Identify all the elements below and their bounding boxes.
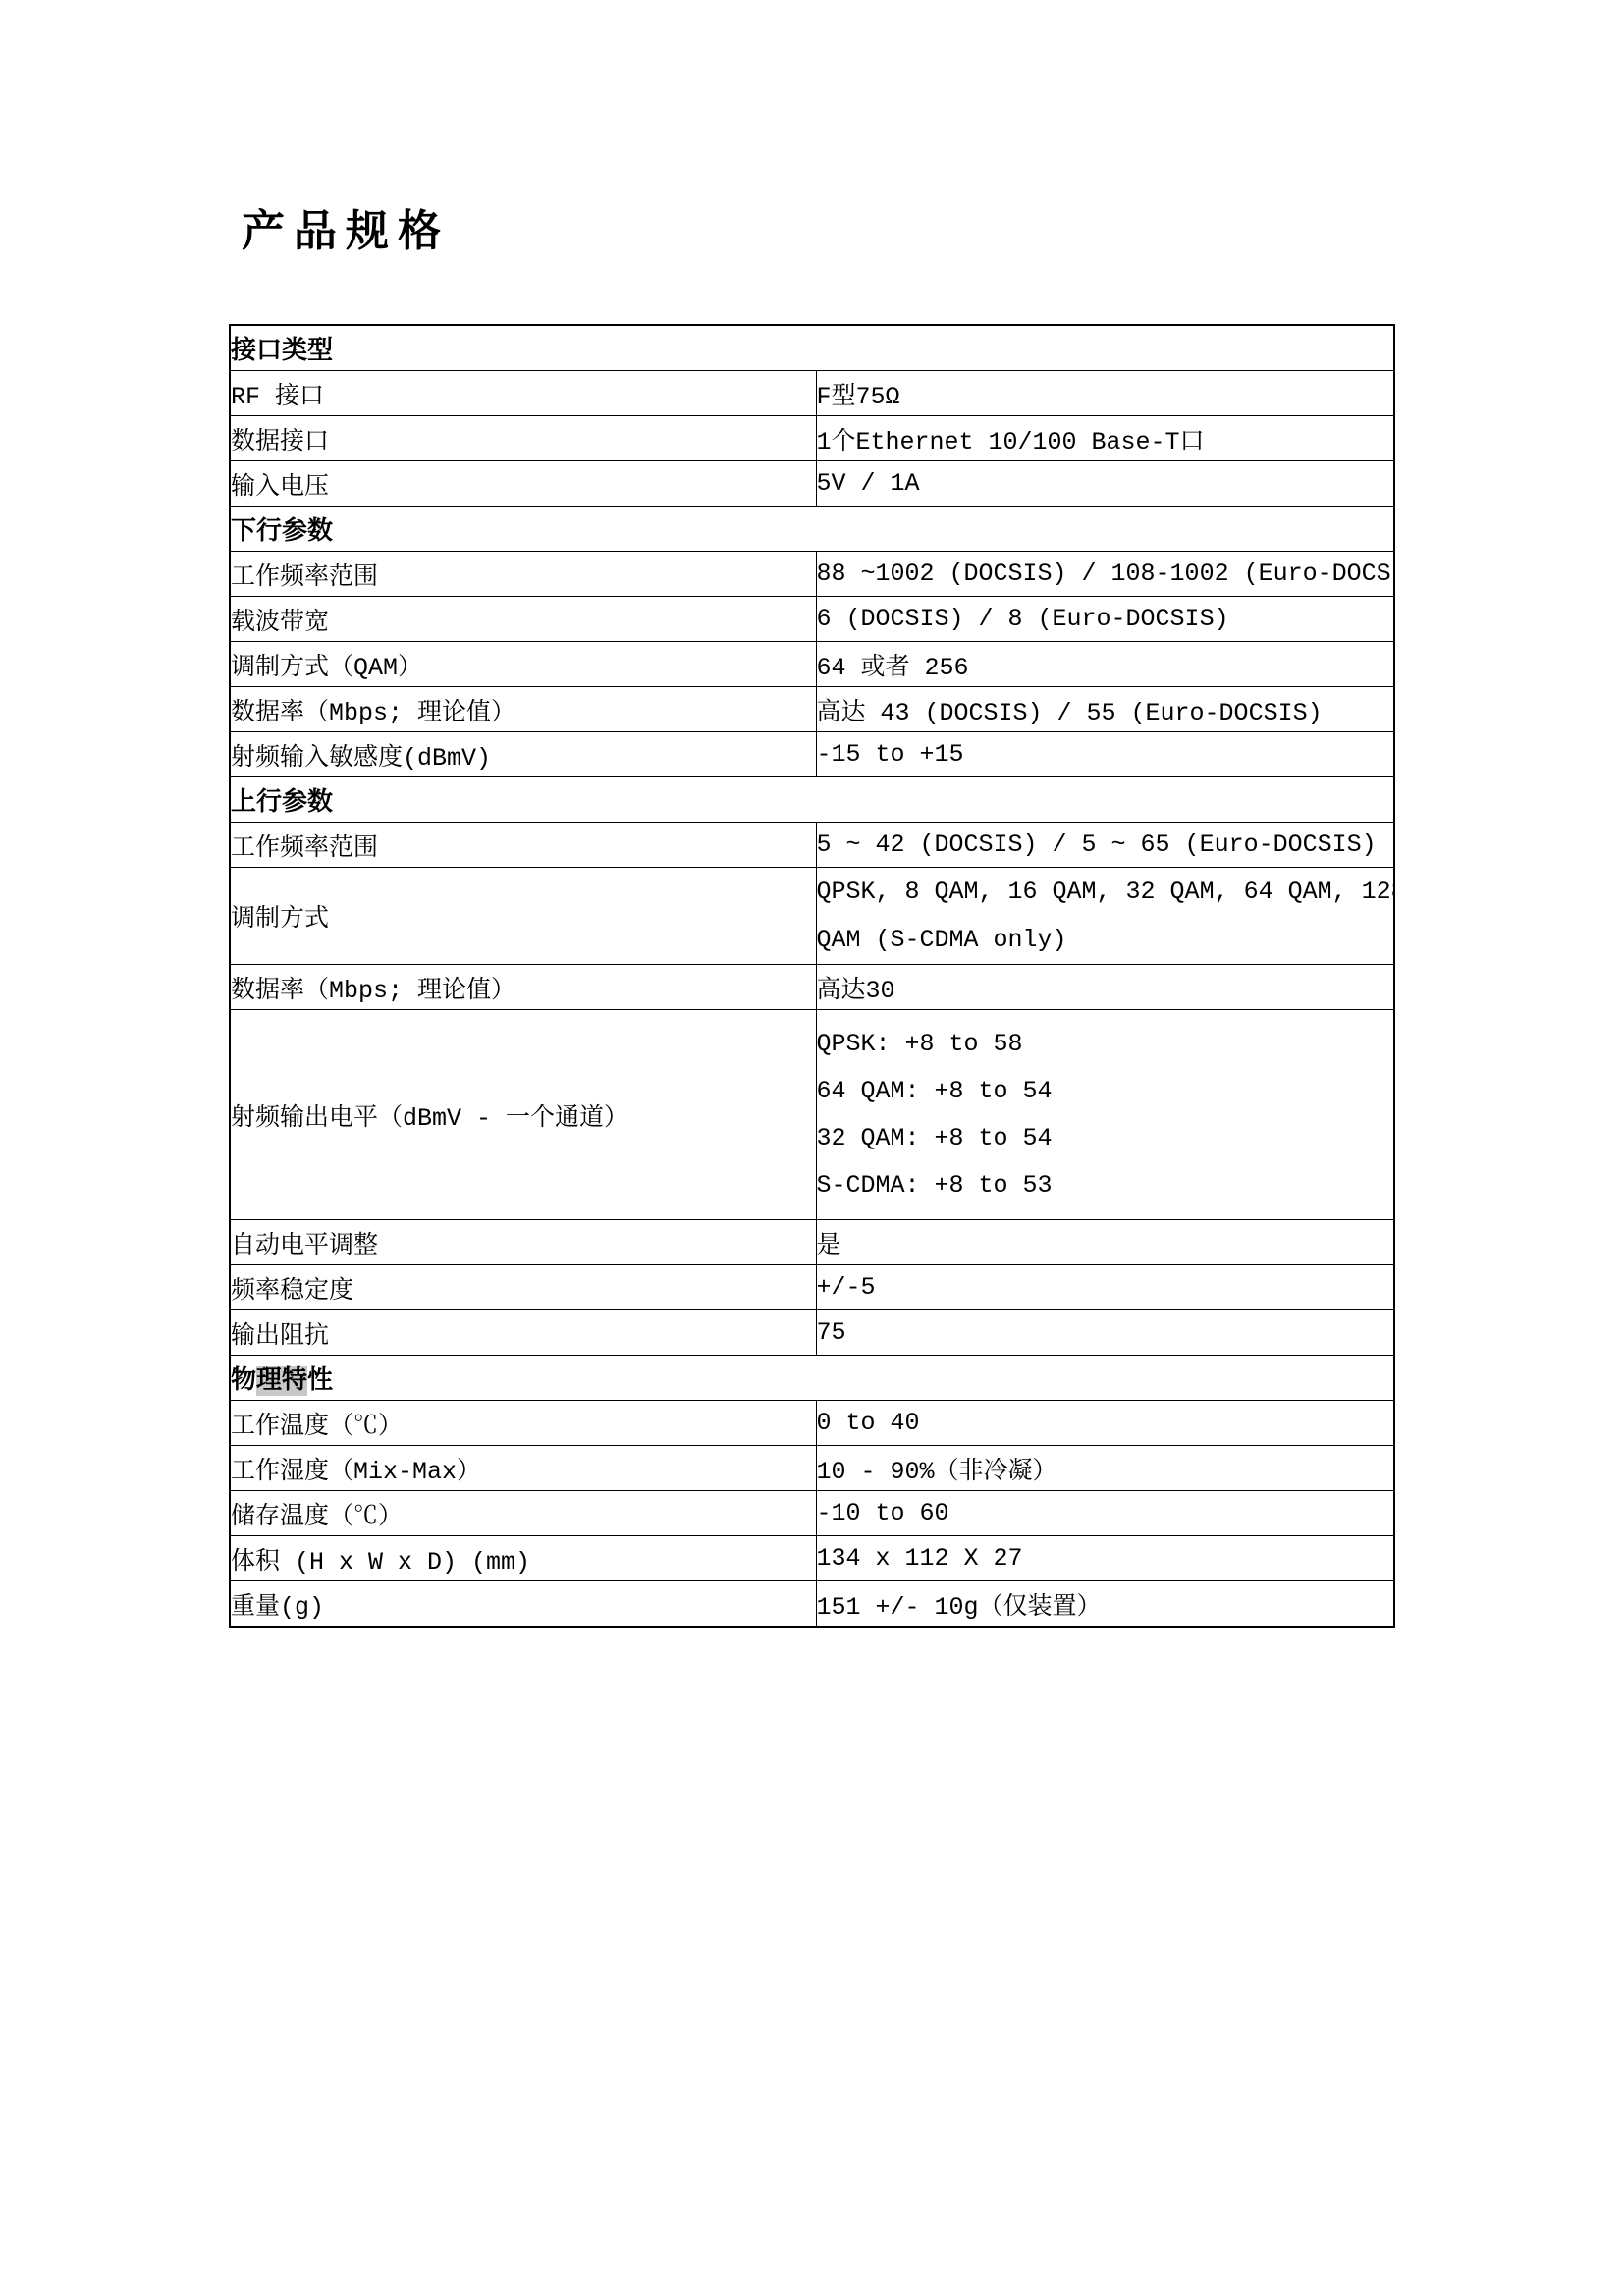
section-header-text: 性	[307, 1366, 333, 1396]
value-line: QPSK: +8 to 58	[817, 1021, 1394, 1068]
table-row: 射频输入敏感度(dBmV) -15 to +15	[230, 732, 1394, 777]
row-value: QPSK: +8 to 58 64 QAM: +8 to 54 32 QAM: …	[816, 1010, 1394, 1220]
row-value: F型75Ω	[816, 371, 1394, 416]
table-row: 载波带宽 6 (DOCSIS) / 8 (Euro-DOCSIS)	[230, 597, 1394, 642]
row-value: 5V / 1A	[816, 461, 1394, 507]
table-section-row: 下行参数	[230, 507, 1394, 552]
value-line: 64 QAM: +8 to 54	[817, 1068, 1394, 1115]
row-label: 射频输出电平（dBmV - 一个通道）	[230, 1010, 816, 1220]
row-value: +/-5	[816, 1265, 1394, 1310]
section-header: 下行参数	[230, 507, 1394, 552]
section-header-text: 物	[231, 1366, 256, 1396]
row-value: 75	[816, 1310, 1394, 1356]
section-header-highlighted-text: 理特	[256, 1366, 307, 1396]
table-row: 射频输出电平（dBmV - 一个通道） QPSK: +8 to 58 64 QA…	[230, 1010, 1394, 1220]
table-row: 工作湿度（Mix-Max） 10 - 90%（非冷凝）	[230, 1446, 1394, 1491]
table-row: 体积 (H x W x D) (mm) 134 x 112 X 27	[230, 1536, 1394, 1581]
table-row: 数据率（Mbps; 理论值） 高达30	[230, 965, 1394, 1010]
row-label: 工作湿度（Mix-Max）	[230, 1446, 816, 1491]
table-row: 储存温度（℃） -10 to 60	[230, 1491, 1394, 1536]
row-label: 数据率（Mbps; 理论值）	[230, 687, 816, 732]
row-label: 工作频率范围	[230, 823, 816, 868]
row-label: 射频输入敏感度(dBmV)	[230, 732, 816, 777]
table-row: 输出阻抗 75	[230, 1310, 1394, 1356]
table-row: RF 接口 F型75Ω	[230, 371, 1394, 416]
row-value: 0 to 40	[816, 1401, 1394, 1446]
row-label: 数据率（Mbps; 理论值）	[230, 965, 816, 1010]
table-row: 工作频率范围 88 ~1002 (DOCSIS) / 108-1002 (Eur…	[230, 552, 1394, 597]
row-label: 储存温度（℃）	[230, 1491, 816, 1536]
row-value: 高达 43 (DOCSIS) / 55 (Euro-DOCSIS)	[816, 687, 1394, 732]
row-value: -10 to 60	[816, 1491, 1394, 1536]
table-row: 数据接口 1个Ethernet 10/100 Base-T口	[230, 416, 1394, 461]
table-row: 频率稳定度 +/-5	[230, 1265, 1394, 1310]
table-section-row: 接口类型	[230, 325, 1394, 371]
row-label: 调制方式（QAM）	[230, 642, 816, 687]
spec-table: 接口类型 RF 接口 F型75Ω 数据接口 1个Ethernet 10/100 …	[229, 324, 1395, 1628]
section-header: 物理特性	[230, 1356, 1394, 1401]
row-value: 134 x 112 X 27	[816, 1536, 1394, 1581]
section-header: 接口类型	[230, 325, 1394, 371]
row-value: QPSK, 8 QAM, 16 QAM, 32 QAM, 64 QAM, 128…	[816, 868, 1394, 965]
value-line: QPSK, 8 QAM, 16 QAM, 32 QAM, 64 QAM, 128	[817, 868, 1394, 916]
table-row: 输入电压 5V / 1A	[230, 461, 1394, 507]
table-row: 调制方式 QPSK, 8 QAM, 16 QAM, 32 QAM, 64 QAM…	[230, 868, 1394, 965]
row-value: 88 ~1002 (DOCSIS) / 108-1002 (Euro-DOCSI…	[816, 552, 1394, 597]
value-line: QAM (S-CDMA only)	[817, 916, 1394, 964]
row-value: 6 (DOCSIS) / 8 (Euro-DOCSIS)	[816, 597, 1394, 642]
row-label: 载波带宽	[230, 597, 816, 642]
row-label: 重量(g)	[230, 1581, 816, 1628]
table-row: 自动电平调整 是	[230, 1220, 1394, 1265]
table-row: 数据率（Mbps; 理论值） 高达 43 (DOCSIS) / 55 (Euro…	[230, 687, 1394, 732]
row-value: 151 +/- 10g（仅装置）	[816, 1581, 1394, 1628]
row-label: 体积 (H x W x D) (mm)	[230, 1536, 816, 1581]
table-section-row: 物理特性	[230, 1356, 1394, 1401]
value-line: S-CDMA: +8 to 53	[817, 1162, 1394, 1209]
row-label: 输出阻抗	[230, 1310, 816, 1356]
row-value: 64 或者 256	[816, 642, 1394, 687]
row-value: 1个Ethernet 10/100 Base-T口	[816, 416, 1394, 461]
row-label: 工作频率范围	[230, 552, 816, 597]
page-title: 产品规格	[242, 208, 450, 255]
table-row: 调制方式（QAM） 64 或者 256	[230, 642, 1394, 687]
value-line: 32 QAM: +8 to 54	[817, 1115, 1394, 1162]
section-header: 上行参数	[230, 777, 1394, 823]
row-value: -15 to +15	[816, 732, 1394, 777]
table-row: 工作频率范围 5 ~ 42 (DOCSIS) / 5 ~ 65 (Euro-DO…	[230, 823, 1394, 868]
row-label: 数据接口	[230, 416, 816, 461]
table-section-row: 上行参数	[230, 777, 1394, 823]
row-label: 调制方式	[230, 868, 816, 965]
row-label: 工作温度（℃）	[230, 1401, 816, 1446]
row-label: 输入电压	[230, 461, 816, 507]
row-label: 自动电平调整	[230, 1220, 816, 1265]
document-page: 产品规格 接口类型 RF 接口 F型75Ω 数据接口 1个Ethernet 10…	[0, 0, 1624, 2296]
row-value: 5 ~ 42 (DOCSIS) / 5 ~ 65 (Euro-DOCSIS)	[816, 823, 1394, 868]
row-value: 10 - 90%（非冷凝）	[816, 1446, 1394, 1491]
row-value: 是	[816, 1220, 1394, 1265]
table-row: 工作温度（℃） 0 to 40	[230, 1401, 1394, 1446]
row-label: RF 接口	[230, 371, 816, 416]
row-label: 频率稳定度	[230, 1265, 816, 1310]
table-row: 重量(g) 151 +/- 10g（仅装置）	[230, 1581, 1394, 1628]
row-value: 高达30	[816, 965, 1394, 1010]
